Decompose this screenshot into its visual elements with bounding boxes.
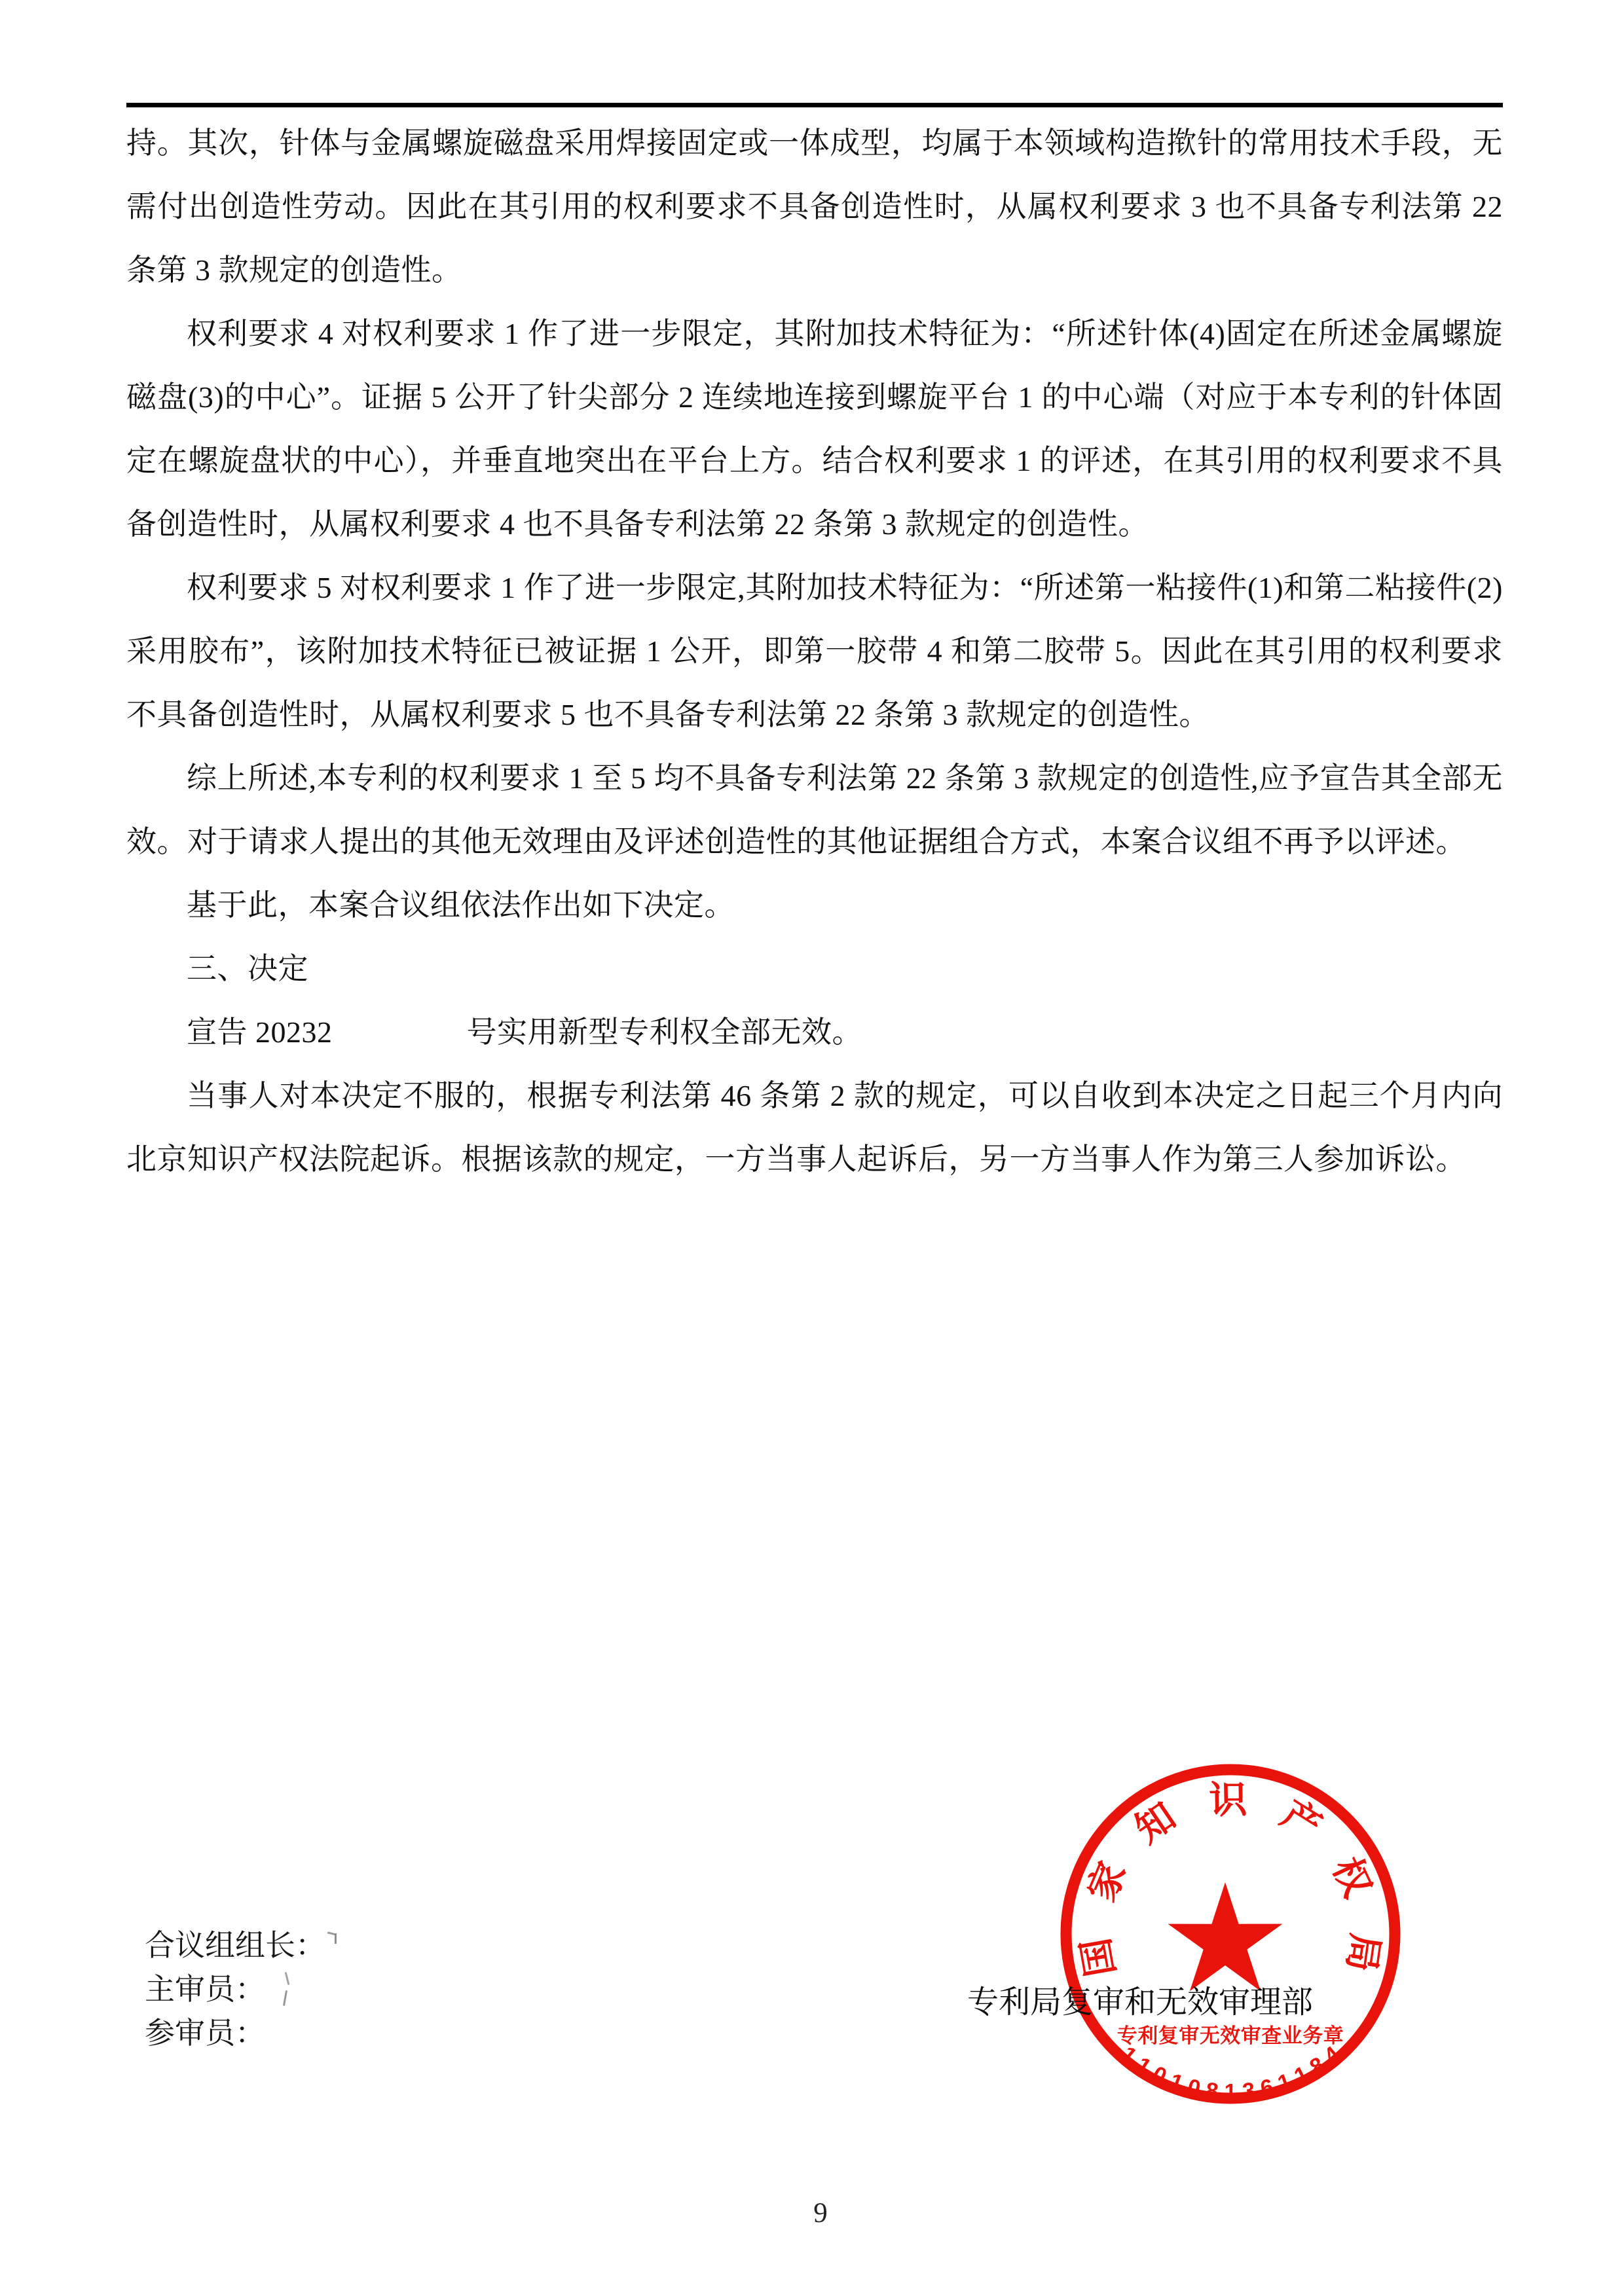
paragraph-appeal-rights: 当事人对本决定不服的，根据专利法第 46 条第 2 款的规定，可以自收到本决定之… (126, 1064, 1503, 1191)
signature-block: 合议组组长： 主审员： 参审员： (145, 1929, 325, 2060)
page-number: 9 (807, 2197, 834, 2229)
paragraph-basis: 基于此，本案合议组依法作出如下决定。 (126, 873, 1503, 937)
signature-secondary-examiner: 参审员： (145, 2016, 325, 2060)
section-heading-decision: 三、决定 (126, 937, 1503, 1000)
paragraph-claim5: 权利要求 5 对权利要求 1 作了进一步限定,其附加技术特征为：“所述第一粘接件… (126, 556, 1503, 746)
seal-inner-text: 专利复审无效审查业务章 (1060, 2019, 1401, 2049)
declaration-prefix: 宣告 20232 (187, 1015, 333, 1049)
signature-primary-examiner: 主审员： (145, 1973, 325, 2016)
paragraph-declaration: 宣告 20232号实用新型专利权全部无效。 (126, 1000, 1503, 1064)
seal-ring-char: 识 (1209, 1769, 1247, 1825)
seal-serial-char: 1 (1225, 2080, 1237, 2105)
header-rule (126, 103, 1503, 107)
paragraph-summary: 综上所述,本专利的权利要求 1 至 5 均不具备专利法第 22 条第 3 款规定… (126, 746, 1503, 873)
official-seal: 国家知识产权局 专利复审无效审查业务章 1101081361184 (1060, 1762, 1401, 2106)
paragraph-continuation: 持。其次，针体与金属螺旋磁盘采用焊接固定或一体成型，均属于本领域构造揿针的常用技… (126, 111, 1503, 302)
declaration-suffix: 号实用新型专利权全部无效。 (467, 1015, 863, 1049)
signature-chief: 合议组组长： (145, 1929, 325, 1973)
redacted-signature-mark (335, 1933, 337, 1944)
document-body: 持。其次，针体与金属螺旋磁盘采用焊接固定或一体成型，均属于本领域构造揿针的常用技… (126, 111, 1503, 1191)
seal-ring-char: 局 (1337, 1931, 1396, 1976)
document-page: 持。其次，针体与金属螺旋磁盘采用焊接固定或一体成型，均属于本领域构造揿针的常用技… (0, 0, 1624, 2296)
redacted-patent-number-gap (333, 1042, 467, 1042)
department-name: 专利局复审和无效审理部 (967, 1977, 1313, 2022)
star-icon (1168, 1882, 1283, 1991)
paragraph-claim4: 权利要求 4 对权利要求 1 作了进一步限定，其附加技术特征为：“所述针体(4)… (126, 302, 1503, 556)
